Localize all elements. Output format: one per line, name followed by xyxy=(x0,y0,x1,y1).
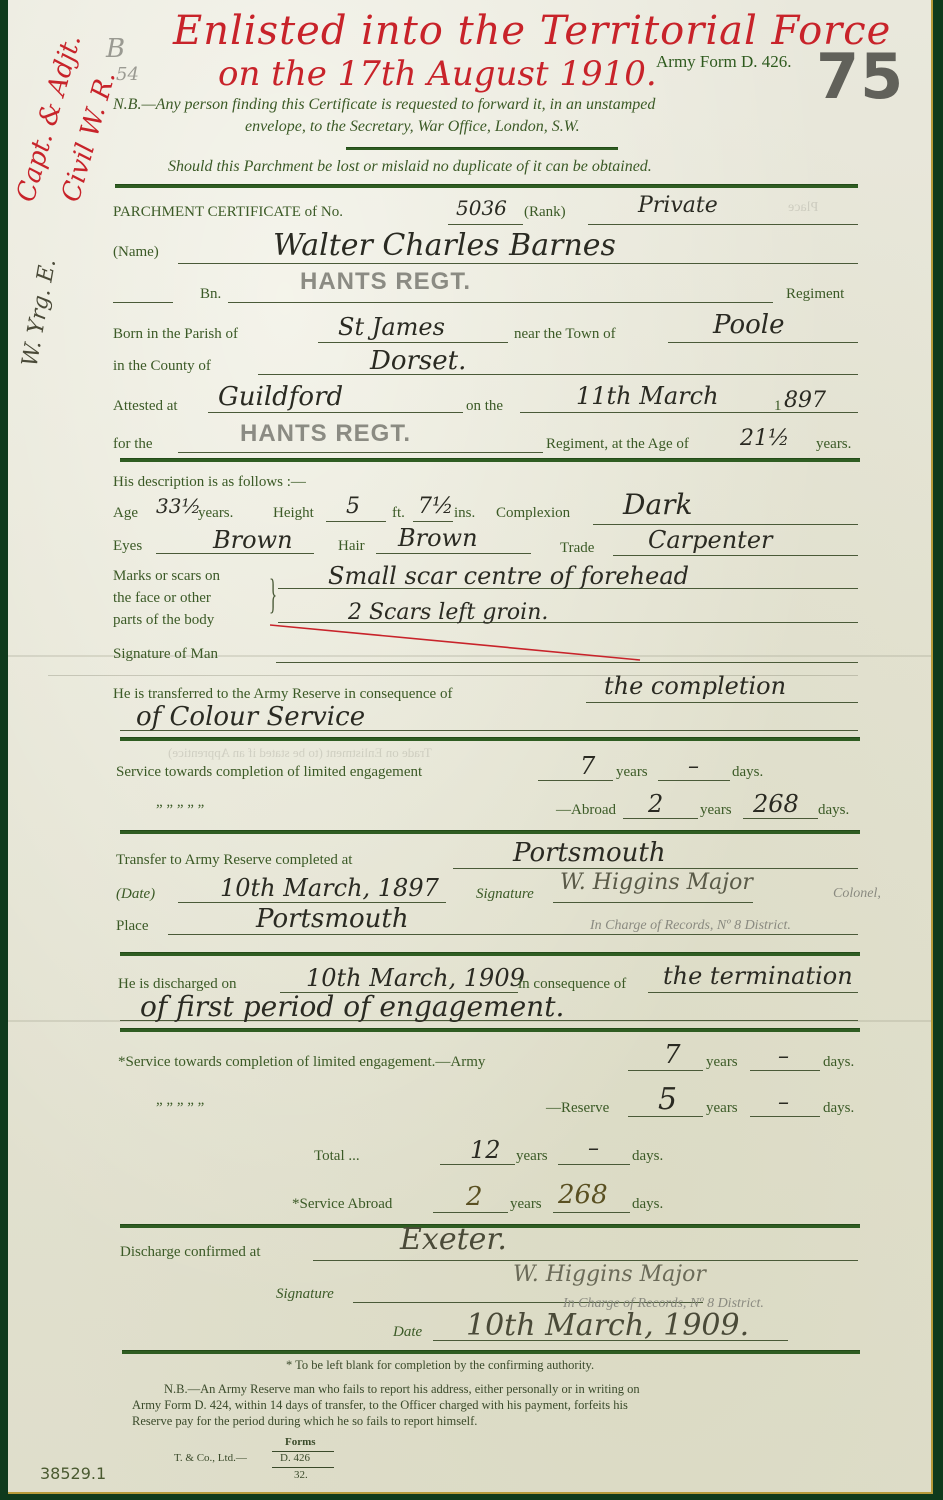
field-line xyxy=(668,342,858,343)
pencil-corner-number: 54 xyxy=(116,64,139,85)
army-days: – xyxy=(778,1044,789,1069)
certificate-number: 5036 xyxy=(456,196,507,220)
town-label: near the Town of xyxy=(514,326,616,343)
signature-line xyxy=(276,662,858,663)
field-line xyxy=(313,1260,858,1261)
county-label: in the County of xyxy=(113,358,211,375)
field-line xyxy=(658,780,730,781)
regiment-age-label: Regiment, at the Age of xyxy=(546,436,689,453)
confirmed-at-label: Discharge confirmed at xyxy=(120,1244,261,1261)
transfer-reason-2: of Colour Service xyxy=(136,702,365,732)
eyes-value: Brown xyxy=(213,526,293,554)
marks-brace: } xyxy=(269,570,277,620)
field-line xyxy=(326,521,386,522)
field-line xyxy=(586,702,858,703)
pencil-corner-mark: B xyxy=(106,34,125,64)
attested-year: 897 xyxy=(784,388,826,413)
footer-nb-line1: N.B.—An Army Reserve man who fails to re… xyxy=(164,1382,640,1397)
name-label: (Name) xyxy=(113,244,159,261)
transfer-reason-label: He is transferred to the Army Reserve in… xyxy=(113,686,452,703)
field-line xyxy=(553,1212,630,1213)
bleed-through-text: Place xyxy=(788,200,818,216)
service-label: Service towards completion of limited en… xyxy=(116,764,422,781)
field-line xyxy=(168,934,858,935)
colonel-label: Colonel, xyxy=(833,886,881,902)
field-line xyxy=(588,224,858,225)
reserve-years: 5 xyxy=(658,1082,677,1117)
age-label: Age xyxy=(113,505,138,522)
field-line xyxy=(648,992,858,993)
discharge-reason-2: of first period of engagement. xyxy=(140,990,564,1023)
forms-label: Forms xyxy=(285,1436,316,1448)
service-days: – xyxy=(688,754,699,779)
divider xyxy=(120,1028,860,1032)
footnote: * To be left blank for completion by the… xyxy=(286,1358,594,1373)
signature-label: Signature xyxy=(476,886,534,903)
soldier-name: Walter Charles Barnes xyxy=(273,228,616,263)
battalion-label: Bn. xyxy=(200,286,221,303)
field-line xyxy=(750,1070,820,1071)
total-days: – xyxy=(588,1136,599,1161)
army-years: 7 xyxy=(664,1040,681,1070)
marks-label: parts of the body xyxy=(113,612,214,629)
red-strikethrough-line xyxy=(270,620,645,665)
town-value: Poole xyxy=(713,310,784,340)
years-label: years xyxy=(700,802,732,819)
rank-label: (Rank) xyxy=(524,204,566,221)
field-line xyxy=(623,818,698,819)
parish-label: Born in the Parish of xyxy=(113,326,238,343)
field-line xyxy=(178,452,543,453)
height-in-value: 7½ xyxy=(418,494,453,519)
height-ft-value: 5 xyxy=(346,494,360,519)
abroad-days: 268 xyxy=(753,790,799,818)
ins-label: ins. xyxy=(454,505,475,522)
days-label: days. xyxy=(632,1148,663,1165)
divider xyxy=(120,952,860,956)
for-the-label: for the xyxy=(113,436,153,453)
confirmed-date: 10th March, 1909. xyxy=(466,1308,749,1343)
abroad-years: 2 xyxy=(648,790,663,818)
years-label: years. xyxy=(816,436,851,453)
red-annotation-heading: Enlisted into the Territorial Force xyxy=(173,8,891,54)
archive-reference-number: 38529.1 xyxy=(40,1464,106,1483)
parish-value: St James xyxy=(338,313,445,341)
signature-label: Signature xyxy=(276,1286,334,1303)
total-label: Total ... xyxy=(314,1148,360,1165)
bleed-through-text: Trade on Enlistment (to be stated if an … xyxy=(168,745,432,761)
hair-value: Brown xyxy=(398,524,478,552)
attested-age: 21½ xyxy=(740,426,789,451)
attested-date: 11th March xyxy=(576,382,719,410)
description-heading: His description is as follows :— xyxy=(113,474,306,491)
field-line xyxy=(538,780,613,781)
place-label: Place xyxy=(116,918,148,935)
years-label: years xyxy=(706,1100,738,1117)
rank-value: Private xyxy=(638,193,718,218)
marks-value-1: Small scar centre of forehead xyxy=(328,562,689,590)
field-line xyxy=(413,521,453,522)
days-label: days. xyxy=(732,764,763,781)
marks-label: Marks or scars on xyxy=(113,568,220,585)
service-army-label: *Service towards completion of limited e… xyxy=(118,1054,485,1071)
certificate-number-label: PARCHMENT CERTIFICATE of No. xyxy=(113,204,343,221)
county-value: Dorset. xyxy=(370,346,466,376)
total-years: 12 xyxy=(470,1136,501,1164)
trade-value: Carpenter xyxy=(648,526,773,554)
transfer-date: 10th March, 1897 xyxy=(220,874,439,902)
years-label: years xyxy=(706,1054,738,1071)
signature-of-man-label: Signature of Man xyxy=(113,646,218,663)
certificate-paper: Place Trade on Enlistment (to be stated … xyxy=(8,0,933,1494)
footer-nb-line3: Reserve pay for the period during which … xyxy=(132,1414,477,1429)
completed-at-value: Portsmouth xyxy=(513,838,666,868)
regiment-label: Regiment xyxy=(786,286,844,303)
years-label: years xyxy=(510,1196,542,1213)
footer-nb-line2: Army Form D. 424, within 14 days of tran… xyxy=(132,1398,628,1413)
service-years: 7 xyxy=(580,752,595,780)
form-number: Army Form D. 426. xyxy=(656,52,792,72)
nb-header-line1: N.B.—Any person finding this Certificate… xyxy=(113,96,655,114)
margin-pencil-annotation: W. Yrg. E. xyxy=(18,216,69,368)
eyes-label: Eyes xyxy=(113,538,142,555)
place-value: Portsmouth xyxy=(256,904,409,934)
forms-rule xyxy=(272,1467,334,1468)
divider xyxy=(115,184,858,188)
field-line xyxy=(178,902,446,903)
days-label: days. xyxy=(823,1054,854,1071)
nb-header-line2: envelope, to the Secretary, War Office, … xyxy=(245,118,580,136)
officer-signature: W. Higgins Major xyxy=(513,1262,706,1287)
marks-label: the face or other xyxy=(113,590,211,607)
regiment-stamp: HANTS REGT. xyxy=(300,268,471,296)
service-abroad-label: *Service Abroad xyxy=(292,1196,392,1213)
field-line xyxy=(440,1164,515,1165)
officer-signature: W. Higgins Major xyxy=(560,870,753,895)
days-label: days. xyxy=(818,802,849,819)
on-the-label: on the xyxy=(466,398,503,415)
field-line xyxy=(178,263,858,264)
field-line xyxy=(453,868,858,869)
field-line xyxy=(743,818,818,819)
abroad-label: —Abroad xyxy=(556,802,616,819)
parchment-warning: Should this Parchment be lost or mislaid… xyxy=(168,158,652,176)
confirmed-at-value: Exeter. xyxy=(400,1222,507,1257)
divider xyxy=(120,737,860,741)
days-label: days. xyxy=(632,1196,663,1213)
date-label: Date xyxy=(393,1324,422,1341)
reserve-days: – xyxy=(778,1090,789,1115)
height-label: Height xyxy=(273,505,314,522)
transfer-reason-1: the completion xyxy=(604,672,786,700)
attested-label: Attested at xyxy=(113,398,178,415)
attested-place: Guildford xyxy=(218,382,343,412)
stamp-number: 75 xyxy=(816,40,904,113)
field-line xyxy=(613,555,858,556)
hair-label: Hair xyxy=(338,538,365,555)
red-annotation-date: on the 17th August 1910. xyxy=(218,54,657,94)
attested-year-printed: 1 xyxy=(774,398,782,415)
regiment-stamp: HANTS REGT. xyxy=(240,420,411,448)
field-line xyxy=(558,1164,630,1165)
field-line xyxy=(318,342,508,343)
completed-at-label: Transfer to Army Reserve completed at xyxy=(116,852,352,869)
field-line xyxy=(750,1116,820,1117)
field-line xyxy=(208,412,463,413)
field-line xyxy=(448,224,523,225)
field-line xyxy=(228,302,773,303)
field-line xyxy=(628,1070,703,1071)
forms-number: D. 426 xyxy=(280,1452,310,1464)
ditto-marks: ” ” ” ” ” xyxy=(156,1100,204,1117)
years-label: years xyxy=(516,1148,548,1165)
signature-line xyxy=(553,902,753,903)
divider xyxy=(346,147,618,150)
age-value: 33½ xyxy=(156,494,201,518)
age-years-label: years. xyxy=(198,505,233,522)
service-abroad-days: 268 xyxy=(558,1180,608,1210)
ditto-marks: ” ” ” ” ” xyxy=(156,802,204,819)
in-charge-label: In Charge of Records, Nº 8 District. xyxy=(590,918,791,934)
discharged-on-value: 10th March, 1909 xyxy=(306,964,525,992)
field-line xyxy=(376,553,531,554)
complexion-label: Complexion xyxy=(496,505,570,522)
divider xyxy=(122,1350,860,1354)
field-line xyxy=(593,524,858,525)
days-label: days. xyxy=(823,1100,854,1117)
divider xyxy=(120,458,860,462)
printer-label: T. & Co., Ltd.— xyxy=(174,1452,247,1464)
field-line xyxy=(433,1212,508,1213)
trade-label: Trade xyxy=(560,540,594,557)
forms-sub: 32. xyxy=(294,1469,308,1481)
field-line xyxy=(258,374,858,375)
field-line xyxy=(113,302,173,303)
divider xyxy=(120,830,860,834)
date-label: (Date) xyxy=(116,886,155,903)
ft-label: ft. xyxy=(392,505,405,522)
discharge-reason-1: the termination xyxy=(663,962,853,990)
service-abroad-years: 2 xyxy=(466,1182,483,1212)
complexion-value: Dark xyxy=(623,488,693,521)
years-label: years xyxy=(616,764,648,781)
reserve-label: —Reserve xyxy=(546,1100,609,1117)
